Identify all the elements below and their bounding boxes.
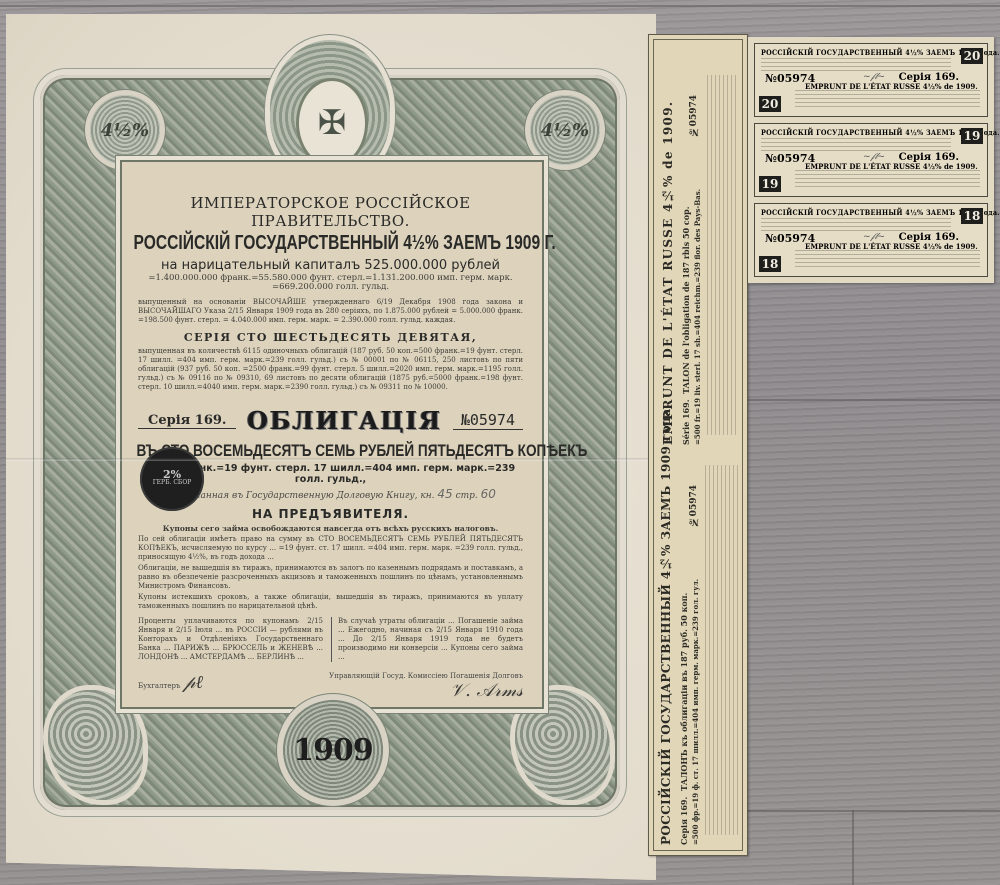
handwritten-book: 45 — [437, 487, 452, 501]
coupon-fineprint — [795, 170, 980, 190]
terms-left-column: Проценты уплачиваются по купонамъ 2/15 Я… — [138, 617, 323, 662]
coupon-number-badge: 20 — [961, 48, 983, 64]
talon-russian-number: №05974 — [689, 485, 699, 526]
coupon-fineprint — [761, 218, 951, 232]
bookkeeper-signature: Бухгалтеръ 𝓅ℓ — [138, 672, 203, 701]
terms-columns: Проценты уплачиваются по купонамъ 2/15 Я… — [138, 617, 523, 662]
coupon-19: РОССІЙСКІЙ ГОСУДАРСТВЕННЫЙ 4½% ЗАЕМЪ 190… — [754, 123, 988, 197]
capital-line: на нарицательный капиталъ 525.000.000 ру… — [138, 258, 523, 273]
terms-right-column: Въ случаѣ утраты облигаціи ... Погашеніе… — [331, 617, 523, 662]
signatures: Бухгалтеръ 𝓅ℓ Управляющій Госуд. Комиссі… — [138, 672, 523, 701]
corner-rate-medallion-right: 4½% — [530, 95, 600, 165]
capital-equivalents: =1.400.000.000 франк.=55.580.000 фунт. с… — [138, 274, 523, 292]
talon-french-title: EMPRUNT DE L'ÉTAT RUSSE 4½% de 1909. — [661, 65, 675, 445]
coupon-fineprint — [795, 90, 980, 110]
page-label: стр. — [456, 491, 478, 501]
signature-scrawl: 𝓅ℓ — [183, 672, 203, 693]
manager-signature: Управляющій Госуд. Комиссіею Погашенія Д… — [329, 672, 523, 701]
bond-number: №05974 — [453, 411, 523, 430]
issuer-line: ИМПЕРАТОРСКОЕ РОССІЙСКОЕ ПРАВИТЕЛЬСТВО. — [138, 194, 523, 230]
talon-russian-sub1: Серія 169. ТАЛОНЪ къ облигаціи въ 187 ру… — [679, 455, 689, 845]
plank-seam — [740, 399, 1000, 401]
loan-title: РОССІЙСКІЙ ГОСУДАРСТВЕННЫЙ 4½% ЗАЕМЪ 190… — [134, 232, 528, 255]
coupon-18: РОССІЙСКІЙ ГОСУДАРСТВЕННЫЙ 4½% ЗАЕМЪ 190… — [754, 203, 988, 277]
obligation-row: Серія 169. ОБЛИГАЦІЯ №05974 — [138, 406, 523, 435]
coupon-signature: ~𝒻𝓁~ — [863, 72, 885, 82]
corner-rate-medallion-left: 4½% — [90, 95, 160, 165]
coupon-signature: ~𝒻𝓁~ — [863, 232, 885, 242]
talon-strip: EMPRUNT DE L'ÉTAT RUSSE 4½% de 1909. Sér… — [648, 34, 748, 856]
coupon-number-badge: 19 — [759, 176, 781, 192]
body-paragraph-2: Облигаціи, не вышедшія въ тиражъ, приним… — [138, 564, 523, 591]
coupon-signature: ~𝒻𝓁~ — [863, 152, 885, 162]
plank-seam — [852, 810, 854, 885]
coupon-fineprint — [761, 58, 951, 72]
coupon-20: РОССІЙСКІЙ ГОСУДАРСТВЕННЫЙ 4½% ЗАЕМЪ 190… — [754, 43, 988, 117]
registration-text: ...записанная въ Государственную Долгову… — [165, 491, 435, 501]
year-medallion: 1909 — [283, 700, 383, 800]
talon-french-fineprint — [707, 75, 739, 435]
issue-text: выпущенный на основаніи ВЫСОЧАЙШЕ утверж… — [138, 298, 523, 325]
bookkeeper-label: Бухгалтеръ — [138, 682, 180, 690]
signature-scrawl: 𝒱. 𝒜𝓇𝓂𝓈 — [450, 680, 523, 701]
series-title: СЕРІЯ СТО ШЕСТЬДЕСЯТЬ ДЕВЯТАЯ, — [138, 331, 523, 344]
coupon-fineprint — [795, 250, 980, 270]
handwritten-page: 60 — [481, 487, 496, 501]
bearer-line: НА ПРЕДЪЯВИТЕЛЯ. — [138, 507, 523, 521]
coupon-number-badge: 18 — [961, 208, 983, 224]
series-text: выпущенная въ количествѣ 6115 одиночныхъ… — [138, 347, 523, 392]
serie-label: Серія 169. — [138, 413, 236, 429]
coupon-number-badge: 18 — [759, 256, 781, 272]
talon-russian-fineprint — [705, 465, 739, 835]
fold-crease — [6, 458, 656, 461]
talon-french-number: №05974 — [689, 95, 699, 136]
plank-seam — [740, 810, 1000, 812]
manager-label: Управляющій Госуд. Комиссіею Погашенія Д… — [329, 672, 523, 680]
talon-russian-title: РОССІЙСКІЙ ГОСУДАРСТВЕННЫЙ 4½% ЗАЕМЪ 190… — [659, 455, 673, 845]
tax-stamp: 2% ГЕРБ. СБОР — [140, 447, 204, 511]
coupon-number-badge: 20 — [759, 96, 781, 112]
coupon-number-badge: 19 — [961, 128, 983, 144]
body-paragraph-3: Купоны истекшихъ сроковъ, а также облига… — [138, 593, 523, 611]
obligation-title: ОБЛИГАЦІЯ — [247, 406, 442, 435]
plank-seam — [0, 5, 1000, 7]
coupon-sheet: РОССІЙСКІЙ ГОСУДАРСТВЕННЫЙ 4½% ЗАЕМЪ 190… — [748, 37, 994, 283]
tax-exemption: Купоны сего займа освобождаются навсегда… — [138, 524, 523, 533]
body-paragraph-1: По сей облигаціи имѣетъ право на сумму в… — [138, 535, 523, 562]
double-headed-eagle-icon: ✠ — [296, 78, 368, 168]
bond-text: ИМПЕРАТОРСКОЕ РОССІЙСКОЕ ПРАВИТЕЛЬСТВО. … — [138, 190, 523, 701]
coupon-fineprint — [761, 138, 951, 152]
